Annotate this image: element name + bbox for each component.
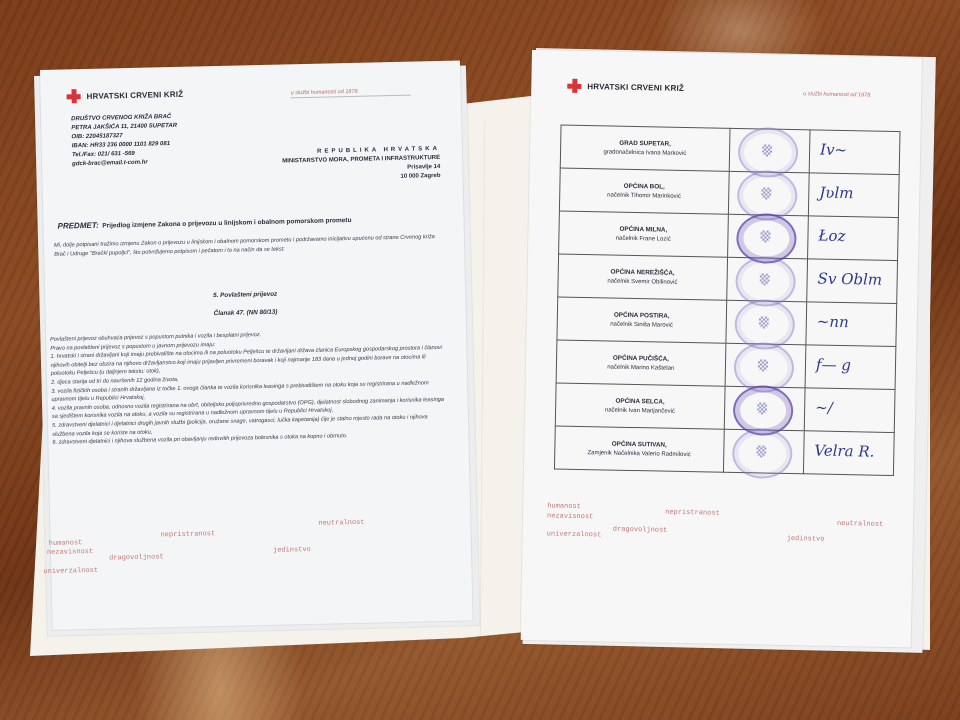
seal-cell xyxy=(725,343,806,388)
seal-cell xyxy=(726,300,807,345)
left-page-letter: HRVATSKI CRVENI KRIŽ u službi humanosti … xyxy=(40,60,473,629)
handwritten-signature: Velra R. xyxy=(814,441,874,460)
signatory-person: načelnik Frane Lozić xyxy=(616,235,671,242)
official-seal-stamp xyxy=(731,428,792,479)
principle: nepristranost xyxy=(665,509,720,518)
signatory-entity: OPĆINA SELCA, xyxy=(615,397,664,405)
signatory-person: Zamjenik Načelnika Valerio Radmilović xyxy=(587,450,690,458)
signature-cell: Sv Oblm xyxy=(807,259,898,304)
principle: nepristranost xyxy=(160,530,215,539)
signatory-entity: OPĆINA MILNA, xyxy=(620,225,668,233)
signatory-person: načelnik Marino Kaštelan xyxy=(607,364,674,371)
principle: nezavisnost xyxy=(47,548,93,557)
principle: neutralnost xyxy=(837,520,883,529)
seal-cell xyxy=(729,128,810,173)
coat-of-arms-icon xyxy=(759,273,769,285)
coat-of-arms-icon xyxy=(760,230,770,242)
signature-cell: ~nn xyxy=(806,302,897,347)
signatory-cell: OPĆINA BOL,načelnik Tihomir Marinković xyxy=(559,168,728,214)
tagline: u službi humanosti od 1878. xyxy=(803,91,872,99)
red-cross-icon xyxy=(567,79,581,93)
principle: univerzalnost xyxy=(547,530,602,539)
principle: neutralnost xyxy=(318,519,364,528)
signatory-cell: OPĆINA MILNA,načelnik Frane Lozić xyxy=(559,211,728,257)
coat-of-arms-icon xyxy=(758,359,768,371)
section-title: 5. Povlašteni prijevoz xyxy=(45,287,445,303)
signatory-person: gradonačelnica Ivana Marković xyxy=(603,149,686,157)
signature-cell: Jʋlm xyxy=(808,173,899,218)
principle: nezavisnost xyxy=(547,512,593,521)
principle: jedinstvo xyxy=(787,535,825,544)
signature-cell: Iv~ xyxy=(809,130,900,175)
signatory-row: OPĆINA BOL,načelnik Tihomir MarinkovićJʋ… xyxy=(559,168,899,218)
signatures-table: GRAD SUPETAR,gradonačelnica Ivana Markov… xyxy=(554,125,901,476)
handwritten-signature: ~/ xyxy=(815,399,833,417)
signatory-row: OPĆINA SELCA,načelnik Ivan Marijančević~… xyxy=(555,383,895,433)
signatory-row: GRAD SUPETAR,gradonačelnica Ivana Markov… xyxy=(560,125,900,175)
seal-cell xyxy=(726,257,807,302)
signatory-row: OPĆINA SUTIVAN,Zamjenik Načelnika Valeri… xyxy=(554,426,894,476)
signatory-entity: OPĆINA PUČIŠĆA, xyxy=(613,354,669,362)
seal-cell xyxy=(728,171,809,216)
subject-text: Prijedlog izmjene Zakona o prijevozu u l… xyxy=(102,217,351,230)
handwritten-signature: Iv~ xyxy=(820,141,847,160)
principle: univerzalnost xyxy=(43,567,98,576)
principle: dragovoljnost xyxy=(613,526,668,535)
handwritten-signature: Łoz xyxy=(818,227,845,246)
coat-of-arms-icon xyxy=(761,187,771,199)
coat-of-arms-icon xyxy=(762,144,772,156)
signatory-cell: OPĆINA SUTIVAN,Zamjenik Načelnika Valeri… xyxy=(554,426,723,472)
principle: humanost xyxy=(49,539,83,548)
subject-line: PREDMET: Prijedlog izmjene Zakona o prij… xyxy=(57,213,457,231)
signatory-entity: OPĆINA NEREŽIŠĆA, xyxy=(610,268,674,276)
signatory-person: načelnik Ivan Marijančević xyxy=(605,407,675,414)
signature-cell: Łoz xyxy=(808,216,899,261)
coat-of-arms-icon xyxy=(757,402,767,414)
letterhead: HRVATSKI CRVENI KRIŽ xyxy=(66,87,183,104)
sender-line: gdck-brac@email.t-com.hr xyxy=(72,158,178,169)
signatory-row: OPĆINA PUČIŠĆA,načelnik Marino Kaštelanf… xyxy=(556,340,896,390)
letterhead: HRVATSKI CRVENI KRIŽ xyxy=(567,79,684,95)
sender-address: DRUŠTVO CRVENOG KRIŽA BRAČ PETRA JAKŠIĆA… xyxy=(71,113,178,169)
principle: dragovoljnost xyxy=(109,553,164,562)
tagline: u službi humanosti od 1878. xyxy=(291,88,411,99)
red-cross-principles: humanost nepristranost neutralnost nezav… xyxy=(50,523,451,582)
principle: humanost xyxy=(547,502,581,511)
signatory-cell: OPĆINA POSTIRA,načelnik Siniša Marović xyxy=(557,297,726,343)
coat-of-arms-icon xyxy=(756,445,766,457)
signatory-cell: OPĆINA PUČIŠĆA,načelnik Marino Kaštelan xyxy=(556,340,725,386)
signature-cell: ~/ xyxy=(804,388,895,433)
signatory-person: načelnik Svemir Obilinović xyxy=(607,278,677,285)
intro-paragraph: Mi, dolje potpisani tražimo izmjenu Zako… xyxy=(54,233,442,259)
signatory-row: OPĆINA NEREŽIŠĆA,načelnik Svemir Obilino… xyxy=(558,254,898,304)
signatory-cell: GRAD SUPETAR,gradonačelnica Ivana Markov… xyxy=(560,125,729,171)
signatory-entity: OPĆINA BOL, xyxy=(624,182,665,190)
article-body: Povlašteni prijevoz obuhvaća prijevoz s … xyxy=(50,327,448,448)
signature-cell: Velra R. xyxy=(803,431,894,476)
signatory-row: OPĆINA MILNA,načelnik Frane LozićŁoz xyxy=(559,211,899,261)
handwritten-signature: f— g xyxy=(816,356,851,375)
brand-name: HRVATSKI CRVENI KRIŽ xyxy=(86,89,183,100)
signatory-person: načelnik Siniša Marović xyxy=(610,321,673,328)
right-page-signatures: HRVATSKI CRVENI KRIŽ u službi humanosti … xyxy=(521,50,922,647)
signatory-cell: OPĆINA NEREŽIŠĆA,načelnik Svemir Obilino… xyxy=(558,254,727,300)
brand-name: HRVATSKI CRVENI KRIŽ xyxy=(587,82,684,93)
handwritten-signature: Sv Oblm xyxy=(817,270,882,289)
signatory-person: načelnik Tihomir Marinković xyxy=(607,192,681,199)
signatory-entity: OPĆINA POSTIRA, xyxy=(614,311,670,319)
signature-cell: f— g xyxy=(805,345,896,390)
recipient-address: REPUBLIKA HRVATSKA MINISTARSTVO MORA, PR… xyxy=(282,145,441,185)
signatory-entity: OPĆINA SUTIVAN, xyxy=(612,440,667,448)
red-cross-icon xyxy=(66,89,80,103)
red-cross-principles: humanost nepristranost neutralnost nezav… xyxy=(546,500,907,557)
signatory-entity: GRAD SUPETAR, xyxy=(619,139,671,147)
signatory-row: OPĆINA POSTIRA,načelnik Siniša Marović~n… xyxy=(557,297,897,347)
subject-label: PREDMET: xyxy=(57,221,98,231)
seal-cell xyxy=(723,429,804,474)
seal-cell xyxy=(727,214,808,259)
handwritten-signature: Jʋlm xyxy=(819,184,853,203)
principle: jedinstvo xyxy=(273,546,311,555)
coat-of-arms-icon xyxy=(758,316,768,328)
article-title: Članak 47. (NN 80/13) xyxy=(46,305,446,321)
signatory-cell: OPĆINA SELCA,načelnik Ivan Marijančević xyxy=(555,383,724,429)
handwritten-signature: ~nn xyxy=(817,313,849,332)
seal-cell xyxy=(724,386,805,431)
